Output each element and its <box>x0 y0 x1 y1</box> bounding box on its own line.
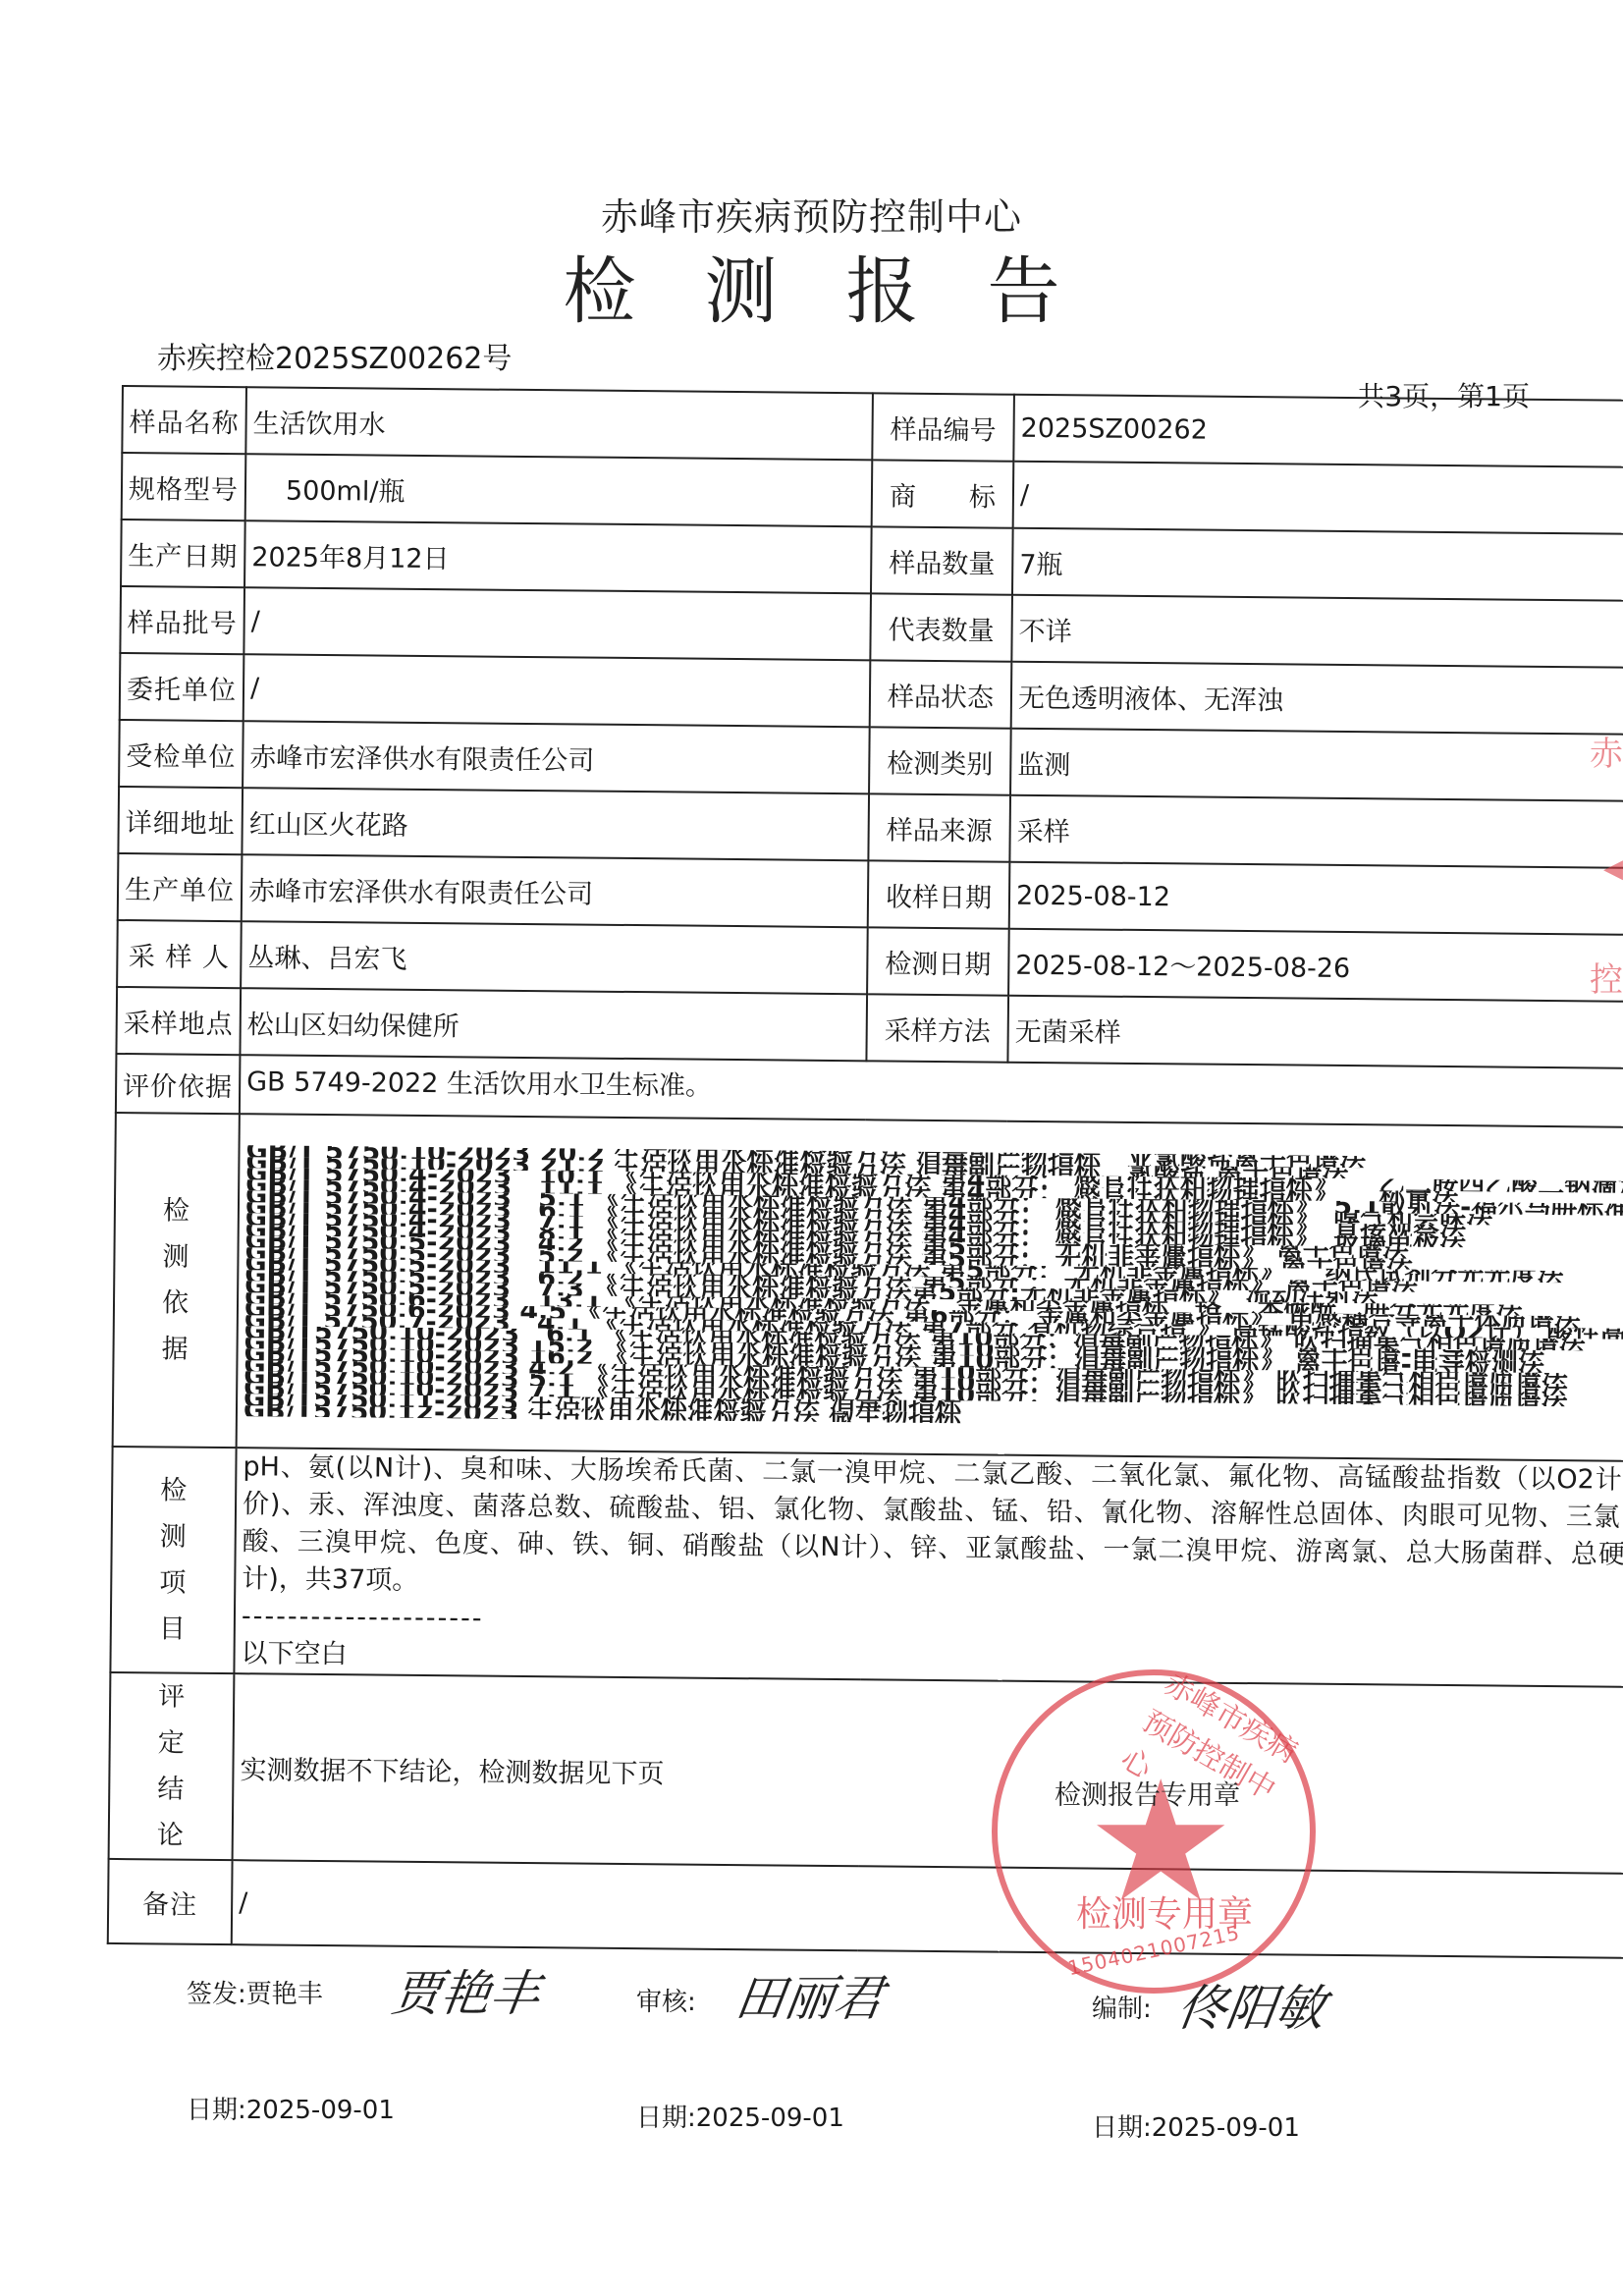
value-receive-date: 2025-08-12 <box>1009 862 1623 937</box>
value-sample-qty: 7瓶 <box>1012 528 1623 603</box>
value-represent-qty: 不详 <box>1011 595 1623 670</box>
value-sample-state: 无色透明液体、无浑浊 <box>1011 662 1623 737</box>
label-char: 目 <box>159 1606 187 1652</box>
value-batch-no: / <box>243 587 871 660</box>
value-remarks: / <box>232 1860 1623 1959</box>
value-sample-no: 2025SZ00262 <box>1013 395 1623 469</box>
report-title: 检测报告 <box>0 234 1623 338</box>
label-address: 详细地址 <box>118 787 243 854</box>
official-seal: 赤峰市疾病预防控制中心 ★ 检测报告专用章 检测专用章 150402100721… <box>992 1669 1316 1994</box>
label-char: 测 <box>160 1513 188 1559</box>
label-represent-qty: 代表数量 <box>870 593 1012 661</box>
issuer-label: 签发:贾艳丰 <box>187 1974 323 2010</box>
edge-seal-fragment: 控 <box>1590 953 1623 1001</box>
label-char: 检 <box>163 1187 190 1233</box>
label-production-date: 生产日期 <box>121 519 245 587</box>
label-test-items: 检测项目 <box>110 1447 236 1673</box>
label-sampler: 采 样 人 <box>117 920 242 988</box>
issuer-name: 贾艳丰 <box>246 1980 323 2009</box>
label-test-date: 检测日期 <box>867 927 1009 995</box>
row-remarks: 备注 / <box>108 1859 1623 1959</box>
test-items-cell: pH、氨(以N计)、臭和味、大肠埃希氏菌、二氯一溴甲烷、二氯乙酸、二氧化氯、氟化… <box>234 1448 1623 1688</box>
value-sample-name: 生活饮用水 <box>245 387 873 460</box>
label-sample-source: 样品来源 <box>868 793 1010 861</box>
label-sampling-method: 采样方法 <box>866 994 1008 1062</box>
value-producer: 赤峰市宏泽供水有限责任公司 <box>242 854 869 927</box>
row-test-items: 检测项目 pH、氨(以N计)、臭和味、大肠埃希氏菌、二氯一溴甲烷、二氯乙酸、二氧… <box>110 1447 1623 1688</box>
label-client: 委托单位 <box>120 653 244 721</box>
label-char: 测 <box>162 1233 189 1280</box>
report-table: 样品名称 生活饮用水 样品编号 2025SZ00262 规格型号 500ml/瓶… <box>107 385 1623 1960</box>
edge-seal-fragment: 赤 <box>1590 727 1623 775</box>
value-sampling-site: 松山区妇幼保健所 <box>240 988 867 1061</box>
row-test-basis: 检测依据 GB/T 5750.10-2023 20.2 生活饮用水标准检验方法 … <box>113 1113 1623 1462</box>
reviewer-date: 日期:2025-09-01 <box>636 2098 844 2134</box>
value-test-date: 2025-08-12～2025-08-26 <box>1008 929 1623 1004</box>
label-evaluation-basis: 评价依据 <box>116 1054 241 1114</box>
label-sample-no: 样品编号 <box>872 393 1014 461</box>
compiler-date: 日期:2025-09-01 <box>1092 2107 1300 2144</box>
label-sample-qty: 样品数量 <box>871 526 1013 594</box>
label-char: 定 <box>158 1720 186 1766</box>
organization-name: 赤峰市疾病预防控制中心 <box>0 187 1623 241</box>
label-char: 评 <box>158 1673 186 1720</box>
value-trademark: / <box>1013 462 1623 536</box>
conclusion-text: 实测数据不下结论，检测数据见下页 <box>233 1673 1623 1875</box>
label-char: 结 <box>157 1766 185 1812</box>
label-test-basis: 检测依据 <box>113 1113 240 1448</box>
label-char: 据 <box>161 1326 189 1372</box>
label-char: 论 <box>157 1812 185 1858</box>
label-receive-date: 收样日期 <box>868 860 1010 928</box>
label-char: 依 <box>162 1280 189 1326</box>
issuer-date: 日期:2025-09-01 <box>187 2090 395 2126</box>
value-sampler: 丛琳、吕宏飞 <box>241 921 868 994</box>
value-test-category: 监测 <box>1010 729 1623 803</box>
label-sample-state: 样品状态 <box>870 660 1012 728</box>
value-client: / <box>243 654 871 727</box>
label-char: 项 <box>159 1559 187 1606</box>
label-sampling-site: 采样地点 <box>116 987 241 1055</box>
test-basis-list: GB/T 5750.10-2023 20.2 生活饮用水标准检验方法 消毒副产物… <box>237 1114 1623 1462</box>
label-batch-no: 样品批号 <box>120 586 244 654</box>
label-test-category: 检测类别 <box>869 727 1011 794</box>
label-trademark: 商 标 <box>872 460 1014 527</box>
label-remarks: 备注 <box>108 1859 233 1944</box>
reviewer-signature: 田丽君 <box>731 1959 889 2030</box>
label-conclusion: 评定结论 <box>109 1672 235 1860</box>
label-char: 检 <box>160 1467 188 1513</box>
row-conclusion: 评定结论 实测数据不下结论，检测数据见下页 <box>109 1672 1623 1875</box>
value-spec: 500ml/瓶 <box>245 454 873 526</box>
label-producer: 生产单位 <box>118 853 243 921</box>
edge-seal-triangle-icon: ◀ <box>1603 854 1623 884</box>
value-sample-source: 采样 <box>1009 795 1623 870</box>
compiler-signature: 佟阳敏 <box>1173 1969 1330 2040</box>
seal-center-text: 检测报告专用章 <box>1055 1774 1240 1812</box>
value-address: 红山区火花路 <box>242 788 869 860</box>
value-inspected-unit: 赤峰市宏泽供水有限责任公司 <box>243 721 870 793</box>
test-items-text: pH、氨(以N计)、臭和味、大肠埃希氏菌、二氯一溴甲烷、二氯乙酸、二氧化氯、氟化… <box>242 1449 1623 1613</box>
label-spec: 规格型号 <box>122 453 246 520</box>
value-sampling-method: 无菌采样 <box>1007 996 1623 1070</box>
compiler-label: 编制: <box>1092 1989 1152 2025</box>
label-inspected-unit: 受检单位 <box>119 720 243 788</box>
label-sample-name: 样品名称 <box>122 386 246 454</box>
reviewer-label: 审核: <box>636 1982 696 2018</box>
value-production-date: 2025年8月12日 <box>244 520 872 593</box>
issuer-signature: 贾艳丰 <box>388 1954 545 2025</box>
report-number: 赤疾控检2025SZ00262号 <box>157 334 512 377</box>
